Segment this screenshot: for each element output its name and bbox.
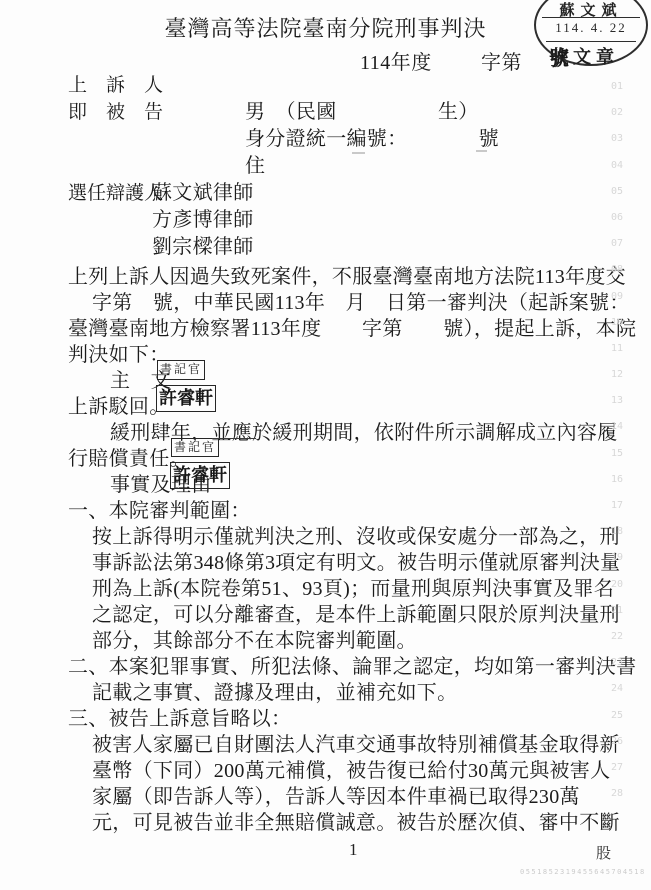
margin-line-number: 03 <box>602 126 632 152</box>
judgment-line: 事訴訟法第348條第3項定有明文。被告明示僅就原審判決量 <box>68 550 651 576</box>
judgment-line: 被害人家屬已自財團法人汽車交通事故特別補償基金取得新 <box>68 732 651 758</box>
judgment-line: 刑為上訴(本院卷第51、93頁)；而量刑與原判決事實及罪名 <box>68 576 651 602</box>
party-row: 上 訴 人 <box>68 72 651 99</box>
margin-line-number: 06 <box>602 205 632 231</box>
margin-line-number: 05 <box>602 179 632 205</box>
margin-line-number: 22 <box>602 624 632 650</box>
judgment-line: 家屬（即告訴人等），告訴人等因本件車禍已取得230萬 <box>68 784 651 810</box>
redaction-mark <box>352 152 365 154</box>
party-value: 蘇文斌律師 <box>152 180 254 207</box>
redaction-mark <box>476 150 487 152</box>
judgment-line: 部分，其餘部分不在本院審判範圍。 <box>68 628 651 654</box>
judgment-line: 緩刑肆年，並應於緩刑期間，依附件所示調解成立內容履 <box>68 420 651 446</box>
clerk-stamp-name: 許睿軒 <box>170 462 230 489</box>
judgment-line: 事實及理由 <box>68 472 651 498</box>
party-label: 即 被 告 <box>68 99 152 126</box>
court-unit-label: 股 <box>596 842 611 863</box>
party-label <box>68 126 152 153</box>
receipt-stamp-label: 收文章 <box>550 43 619 69</box>
party-label <box>68 153 152 180</box>
underline-mark <box>212 438 256 439</box>
margin-line-number: 26 <box>602 729 632 755</box>
margin-line-number: 08 <box>602 257 632 283</box>
margin-line-number: 02 <box>602 100 632 126</box>
party-row: 即 被 告 男 （民國 生） <box>68 99 651 126</box>
judgment-line: 字第 號，中華民國113年 月 日第一審判決（起訴案號： <box>68 290 651 316</box>
receipt-stamp-divider <box>546 41 636 42</box>
party-row: 住 <box>68 153 651 180</box>
margin-line-number: 27 <box>602 755 632 781</box>
party-row: 身分證統一編號： 號 <box>68 126 651 153</box>
margin-line-numbers: 0102030405060708091011121314151617181920… <box>602 74 632 807</box>
receipt-stamp-divider <box>542 17 640 18</box>
case-zidi: 字第 <box>481 46 522 75</box>
party-label <box>68 234 152 261</box>
party-value: 男 （民國 生） <box>245 99 479 126</box>
margin-line-number: 19 <box>602 545 632 571</box>
judgment-line: 三、被告上訴意旨略以： <box>68 706 651 732</box>
judgment-line: 按上訴得明示僅就判決之刑、沒收或保安處分一部為之，刑 <box>68 524 651 550</box>
margin-line-number: 18 <box>602 519 632 545</box>
page-number: 1 <box>349 840 358 860</box>
margin-line-number: 15 <box>602 441 632 467</box>
parties-block: 上 訴 人 即 被 告 男 （民國 生） 身分證統一編號： 號 住 選任辯護人 … <box>68 72 651 261</box>
scan-code: 0551852319455645704518 <box>520 868 646 876</box>
judgment-line: 一、本院審判範圍： <box>68 498 651 524</box>
party-row: 選任辯護人 蘇文斌律師 <box>68 180 651 207</box>
judgment-line: 記載之事實、證據及理由，並補充如下。 <box>68 680 651 706</box>
margin-line-number: 17 <box>602 493 632 519</box>
margin-line-number: 04 <box>602 153 632 179</box>
margin-line-number: 11 <box>602 336 632 362</box>
party-value: 身分證統一編號： 號 <box>245 126 499 153</box>
margin-line-number: 10 <box>602 310 632 336</box>
party-value: 住 <box>245 153 265 180</box>
case-year: 114年度 <box>360 46 432 75</box>
margin-line-number: 13 <box>602 388 632 414</box>
margin-line-number: 07 <box>602 231 632 257</box>
judgment-line: 行賠償責任。 <box>68 446 651 472</box>
judgment-line: 臺灣臺南地方檢察署113年度 字第 號），提起上訴，本院 <box>68 316 651 342</box>
party-label: 選任辯護人 <box>68 180 152 207</box>
party-value: 方彥博律師 <box>152 207 254 234</box>
scanned-judgment-page: 臺灣高等法院臺南分院刑事判決 114年度 字第 號 蘇文斌 114. 4. 22… <box>0 0 651 890</box>
margin-line-number: 21 <box>602 598 632 624</box>
party-row: 劉宗樑律師 <box>68 234 651 261</box>
party-row: 方彥博律師 <box>68 207 651 234</box>
clerk-stamp-title: 書記官 <box>171 438 219 457</box>
margin-line-number: 20 <box>602 572 632 598</box>
margin-line-number: 14 <box>602 414 632 440</box>
party-value: 劉宗樑律師 <box>152 234 254 261</box>
clerk-stamp-title: 書記官 <box>157 360 205 380</box>
margin-line-number: 28 <box>602 781 632 807</box>
judgment-line: 元，可見被告並非全無賠償誠意。被告於歷次偵、審中不斷 <box>68 810 651 836</box>
party-label <box>68 207 152 234</box>
party-label: 上 訴 人 <box>68 72 152 99</box>
margin-line-number: 23 <box>602 650 632 676</box>
judgment-line: 判決如下： <box>68 342 651 368</box>
judgment-line: 二、本案犯罪事實、所犯法條、論罪之認定，均如第一審判決書 <box>68 654 651 680</box>
margin-line-number: 16 <box>602 467 632 493</box>
margin-line-number: 09 <box>602 284 632 310</box>
receipt-stamp-date: 114. 4. 22 <box>536 20 646 36</box>
judgment-line: 上列上訴人因過失致死案件，不服臺灣臺南地方法院113年度交 <box>68 264 651 290</box>
clerk-stamp-name: 許睿軒 <box>156 385 216 412</box>
margin-line-number: 01 <box>602 74 632 100</box>
margin-line-number: 24 <box>602 676 632 702</box>
margin-line-number: 12 <box>602 362 632 388</box>
judgment-line: 臺幣（下同）200萬元補償，被告復已給付30萬元與被害人 <box>68 758 651 784</box>
judgment-body: 上列上訴人因過失致死案件，不服臺灣臺南地方法院113年度交字第 號，中華民國11… <box>0 264 651 836</box>
margin-line-number: 25 <box>602 703 632 729</box>
judgment-line: 之認定，可以分離審查，是本件上訴範圍只限於原判決量刑 <box>68 602 651 628</box>
